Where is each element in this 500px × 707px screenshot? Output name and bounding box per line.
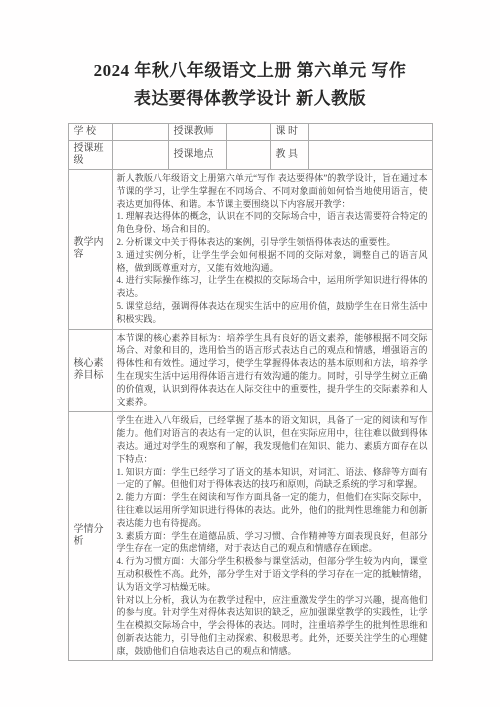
school-value [112, 124, 168, 141]
place-value [226, 141, 270, 170]
section-label-learner-analysis: 学情分析 [68, 412, 112, 661]
paragraph: 本节课的核心素养目标为：培养学生具有良好的语文素养，能够根据不同交际场合、对象和… [117, 332, 428, 409]
aids-label: 教 具 [270, 141, 308, 170]
section-learner-analysis: 学情分析 学生在进入八年级后，已经掌握了基本的语文知识，具备了一定的阅读和写作能… [68, 412, 432, 661]
info-row-2: 授课班级 授课地点 教 具 [68, 141, 432, 170]
teacher-label: 授课教师 [168, 124, 226, 141]
paragraph: 新人教版八年级语文上册第六单元“写作 表达要得体”的教学设计，旨在通过本节课的学… [117, 172, 428, 210]
class-label: 授课班级 [68, 141, 112, 170]
paragraph: 4. 进行实际操作练习，让学生在模拟的交际场合中，运用所学知识进行得体的表达。 [117, 274, 428, 300]
section-body-core-goals: 本节课的核心素养目标为：培养学生具有良好的语文素养，能够根据不同交际场合、对象和… [112, 329, 432, 412]
document-page: 2024 年秋八年级语文上册 第六单元 写作 表达要得体教学设计 新人教版 学 … [0, 0, 500, 707]
paragraph: 5. 课堂总结，强调得体表达在现实生活中的应用价值，鼓励学生在日常生活中积极实践… [117, 300, 428, 326]
paragraph: 4. 行为习惯方面：大部分学生积极参与课堂活动，但部分学生较为内向，课堂互动积极… [117, 555, 428, 593]
aids-value [308, 141, 432, 170]
paragraph: 3. 素质方面：学生在道德品质、学习习惯、合作精神等方面表现良好，但部分学生存在… [117, 530, 428, 556]
section-label-core-goals: 核心素养目标 [68, 329, 112, 412]
paragraph: 2. 能力方面：学生在阅读和写作方面具备一定的能力，但他们在实际交际中，往往难以… [117, 491, 428, 529]
title-line-1: 2024 年秋八年级语文上册 第六单元 写作 [94, 61, 407, 80]
title-line-2: 表达要得体教学设计 新人教版 [134, 89, 366, 108]
class-value [112, 141, 168, 170]
info-row-1: 学 校 授课教师 课 时 [68, 124, 432, 141]
period-label: 课 时 [270, 124, 308, 141]
paragraph: 1. 知识方面：学生已经学习了语文的基本知识，对词汇、语法、修辞等方面有一定的了… [117, 466, 428, 492]
section-label-teaching-content: 教学内容 [68, 170, 112, 330]
section-body-teaching-content: 新人教版八年级语文上册第六单元“写作 表达要得体”的教学设计，旨在通过本节课的学… [112, 170, 432, 330]
section-teaching-content: 教学内容 新人教版八年级语文上册第六单元“写作 表达要得体”的教学设计，旨在通过… [68, 170, 432, 330]
period-value [308, 124, 432, 141]
section-body-learner-analysis: 学生在进入八年级后，已经掌握了基本的语文知识，具备了一定的阅读和写作能力。他们对… [112, 412, 432, 661]
section-core-goals: 核心素养目标 本节课的核心素养目标为：培养学生具有良好的语文素养，能够根据不同交… [68, 329, 432, 412]
paragraph: 针对以上分析，我认为在教学过程中，应注重激发学生的学习兴趣，提高他们的参与度。针… [117, 594, 428, 658]
paragraph: 学生在进入八年级后，已经掌握了基本的语文知识，具备了一定的阅读和写作能力。他们对… [117, 414, 428, 465]
paragraph: 2. 分析课文中关于得体表达的案例，引导学生领悟得体表达的重要性。 [117, 236, 428, 249]
lesson-plan-table: 学 校 授课教师 课 时 授课班级 授课地点 教 具 教学内容 新人教版八年级语… [68, 123, 433, 661]
paragraph: 1. 理解表达得体的概念，认识在不同的交际场合中，语言表达需要符合特定的角色身份… [117, 210, 428, 236]
page-title: 2024 年秋八年级语文上册 第六单元 写作 表达要得体教学设计 新人教版 [36, 57, 464, 113]
teacher-value [226, 124, 270, 141]
paragraph: 3. 通过实例分析，让学生学会如何根据不同的交际对象，调整自己的语言风格，做到既… [117, 249, 428, 275]
place-label: 授课地点 [168, 141, 226, 170]
school-label: 学 校 [68, 124, 112, 141]
